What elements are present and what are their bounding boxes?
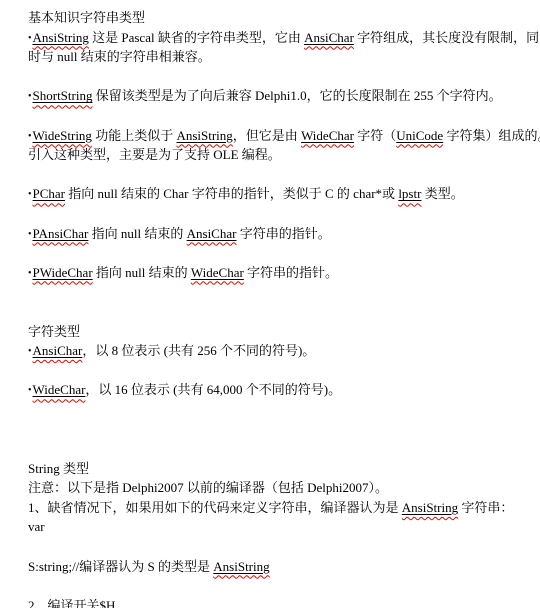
blank-line xyxy=(28,282,536,302)
underlined-type-name: PChar xyxy=(33,186,66,201)
underlined-type-name: WideChar xyxy=(191,265,244,280)
text-line: •AnsiChar，以 8 位表示 (共有 256 个不同的符号)。 xyxy=(28,341,536,361)
text-segment: 2、编译开关$H xyxy=(28,598,115,608)
text-segment: 字符串的指针。 xyxy=(236,226,330,241)
blank-line xyxy=(28,537,536,557)
blank-line xyxy=(28,419,536,439)
text-segment: String 类型 xyxy=(28,461,89,476)
blank-line xyxy=(28,439,536,459)
text-line: •PWideChar 指向 null 结束的 WideChar 字符串的指针。 xyxy=(28,263,536,283)
underlined-type-name: WideChar xyxy=(33,382,86,397)
text-segment: 字符集）组成的。 xyxy=(443,128,540,143)
text-line: 2、编译开关$H xyxy=(28,596,536,608)
underlined-type-name: PAnsiChar xyxy=(33,226,89,241)
text-segment: 引入这种类型，主要是为了支持 OLE 编程。 xyxy=(28,147,281,162)
text-segment: 这是 Pascal 缺省的字符串类型，它由 xyxy=(89,30,304,45)
underlined-type-name: WideString xyxy=(33,128,92,143)
text-line: 1、缺省情况下，如果用如下的代码来定义字符串，编译器认为是 AnsiString… xyxy=(28,498,536,518)
text-segment: 保留该类型是为了向后兼容 Delphi1.0，它的长度限制在 255 个字符内。 xyxy=(92,88,501,103)
misspelled-word: PWideChar xyxy=(33,265,93,280)
text-line: var xyxy=(28,517,536,537)
misspelled-word: AnsiString xyxy=(402,500,458,515)
text-segment: 字符串： xyxy=(458,500,513,515)
text-segment: 类型。 xyxy=(421,186,463,201)
underlined-type-name: AnsiString xyxy=(33,30,89,45)
text-segment: ，以 16 位表示 (共有 64,000 个不同的符号)。 xyxy=(85,382,341,397)
text-segment: var xyxy=(28,519,45,534)
text-line: 字符类型 xyxy=(28,322,536,342)
text-line: •WideChar，以 16 位表示 (共有 64,000 个不同的符号)。 xyxy=(28,380,536,400)
misspelled-word: UniCode xyxy=(396,128,443,143)
text-line: S:string;//编译器认为 S 的类型是 AnsiString xyxy=(28,557,536,577)
underlined-type-name: AnsiString xyxy=(213,559,269,574)
misspelled-word: AnsiString xyxy=(213,559,269,574)
text-segment: 1、缺省情况下，如果用如下的代码来定义字符串，编译器认为是 xyxy=(28,500,402,515)
underlined-type-name: WideChar xyxy=(301,128,354,143)
text-segment: 字符（ xyxy=(354,128,396,143)
text-segment: 字符类型 xyxy=(28,324,80,339)
text-segment: 功能上类似于 xyxy=(92,128,177,143)
text-segment: 字符串的指针。 xyxy=(244,265,338,280)
underlined-type-name: AnsiString xyxy=(402,500,458,515)
blank-line xyxy=(28,106,536,126)
underlined-type-name: AnsiChar xyxy=(33,343,83,358)
misspelled-word: AnsiChar xyxy=(33,343,83,358)
misspelled-word: WideChar xyxy=(33,382,86,397)
text-segment: 时与 null 结束的字符串相兼容。 xyxy=(28,49,211,64)
underlined-type-name: AnsiChar xyxy=(187,226,237,241)
text-segment: ，以 8 位表示 (共有 256 个不同的符号)。 xyxy=(82,343,315,358)
misspelled-word: WideString xyxy=(33,128,92,143)
underlined-type-name: AnsiChar xyxy=(304,30,354,45)
blank-line xyxy=(28,165,536,185)
text-line: 引入这种类型，主要是为了支持 OLE 编程。 xyxy=(28,145,536,165)
text-line: 基本知识字符串类型 xyxy=(28,8,536,28)
blank-line xyxy=(28,361,536,381)
misspelled-word: AnsiChar xyxy=(187,226,237,241)
text-segment: 注意：以下是指 Delphi2007 以前的编译器（包括 Delphi2007）… xyxy=(28,480,388,495)
blank-line xyxy=(28,302,536,322)
document-page[interactable]: 基本知识字符串类型•AnsiString 这是 Pascal 缺省的字符串类型，… xyxy=(0,0,540,608)
blank-line xyxy=(28,204,536,224)
misspelled-word: lpstr xyxy=(398,186,421,201)
text-segment: 字符组成，其长度没有限制，同 xyxy=(354,30,539,45)
misspelled-word: WideChar xyxy=(301,128,354,143)
underlined-type-name: UniCode xyxy=(396,128,443,143)
text-line: •ShortString 保留该类型是为了向后兼容 Delphi1.0，它的长度… xyxy=(28,86,536,106)
misspelled-word: ShortString xyxy=(33,88,93,103)
text-segment: 指向 null 结束的 xyxy=(93,265,191,280)
text-segment: 基本知识字符串类型 xyxy=(28,10,145,25)
underlined-type-name: ShortString xyxy=(33,88,93,103)
document-text-area[interactable]: 基本知识字符串类型•AnsiString 这是 Pascal 缺省的字符串类型，… xyxy=(28,8,536,608)
misspelled-word: PChar xyxy=(33,186,66,201)
blank-line xyxy=(28,67,536,87)
text-line: •PChar 指向 null 结束的 Char 字符串的指针，类似于 C 的 c… xyxy=(28,184,536,204)
text-segment: S:string;//编译器认为 S 的类型是 xyxy=(28,559,213,574)
text-segment: 指向 null 结束的 xyxy=(88,226,186,241)
text-line: •PAnsiChar 指向 null 结束的 AnsiChar 字符串的指针。 xyxy=(28,224,536,244)
text-segment: ，但它是由 xyxy=(233,128,301,143)
misspelled-word: WideChar xyxy=(191,265,244,280)
text-line: •AnsiString 这是 Pascal 缺省的字符串类型，它由 AnsiCh… xyxy=(28,28,536,48)
underlined-type-name: PWideChar xyxy=(33,265,93,280)
misspelled-word: AnsiChar xyxy=(304,30,354,45)
misspelled-word: AnsiString xyxy=(33,30,89,45)
blank-line xyxy=(28,576,536,596)
blank-line xyxy=(28,400,536,420)
underlined-type-name: AnsiString xyxy=(176,128,232,143)
underlined-type-name: lpstr xyxy=(398,186,421,201)
text-line: •WideString 功能上类似于 AnsiString，但它是由 WideC… xyxy=(28,126,536,146)
blank-line xyxy=(28,243,536,263)
text-line: 注意：以下是指 Delphi2007 以前的编译器（包括 Delphi2007）… xyxy=(28,478,536,498)
text-line: String 类型 xyxy=(28,459,536,479)
text-line: 时与 null 结束的字符串相兼容。 xyxy=(28,47,536,67)
misspelled-word: AnsiString xyxy=(176,128,232,143)
text-segment: 指向 null 结束的 Char 字符串的指针，类似于 C 的 char*或 xyxy=(65,186,398,201)
misspelled-word: PAnsiChar xyxy=(33,226,89,241)
